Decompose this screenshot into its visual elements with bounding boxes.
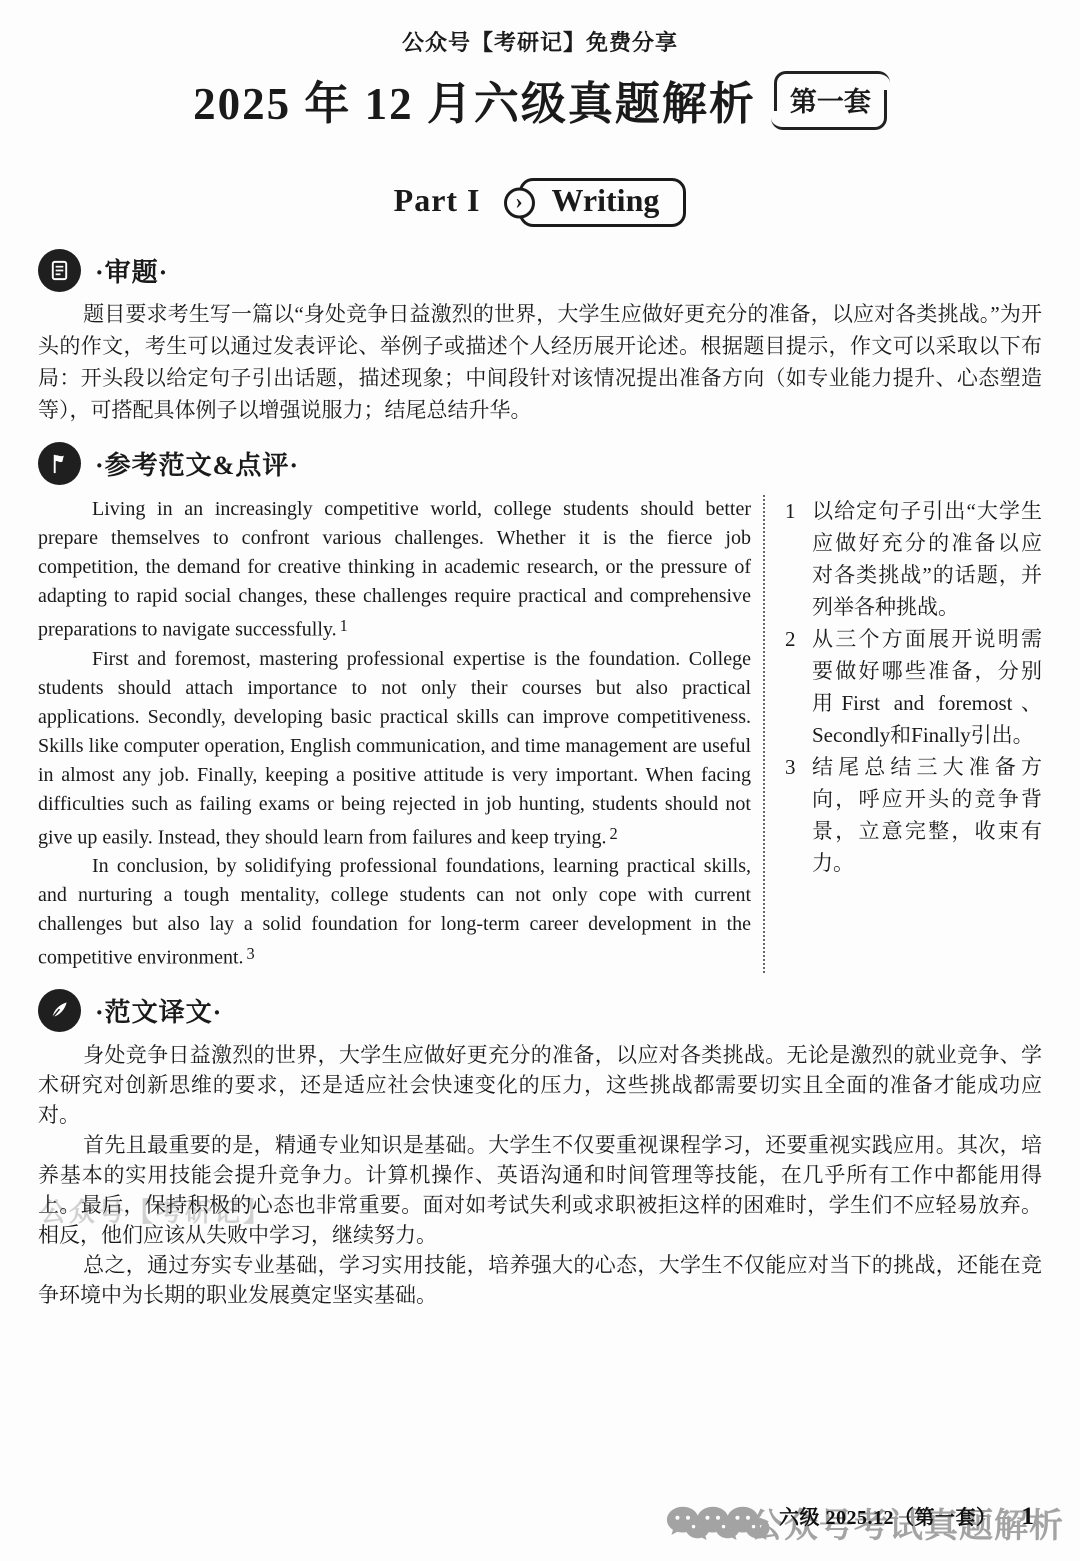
annotation-number: 2 — [785, 623, 812, 751]
footer-reference: 六级 2025.12（第一套） 1 — [779, 1501, 1034, 1531]
review-header: ·审题· — [38, 249, 1042, 292]
translation-header: ·范文译文· — [38, 989, 1042, 1032]
part-name: Writing — [552, 182, 660, 218]
annotation-number: 3 — [785, 751, 812, 879]
essay-paragraph-text: First and foremost, mastering profession… — [38, 648, 751, 849]
annotation-number: 1 — [785, 495, 812, 623]
translation-heading: ·范文译文· — [95, 992, 222, 1029]
essay-paragraph-text: In conclusion, by solidifying profession… — [38, 855, 751, 969]
essay-paragraph-text: Living in an increasingly competitive wo… — [38, 498, 751, 641]
essay-paragraph: In conclusion, by solidifying profession… — [38, 852, 751, 973]
translation-paragraph: 身处竞争日益激烈的世界，大学生应做好更充分的准备，以应对各类挑战。无论是激烈的就… — [38, 1040, 1042, 1130]
quill-icon — [38, 989, 81, 1032]
annotation-column: 1 以给定句子引出“大学生应做好充分的准备以应对各类挑战”的话题，并列举各种挑战… — [765, 495, 1042, 973]
annotation-item: 3 结尾总结三大准备方向，呼应开头的竞争背景，立意完整，收束有力。 — [785, 751, 1042, 879]
arrow-circle-icon: › — [504, 187, 535, 218]
annotation-text: 从三个方面展开说明需要做好哪些准备，分别用First and foremost、… — [812, 623, 1042, 751]
set-tag-box: 第一套 — [774, 71, 887, 130]
writing-box: › Writing — [519, 178, 687, 227]
document-page: 公众号【考研记】免费分享 2025 年 12 月六级真题解析第一套 Part I… — [0, 0, 1080, 1561]
part-label: Part I — [394, 182, 481, 218]
page-title: 2025 年 12 月六级真题解析第一套 — [38, 67, 1042, 132]
section-translation: ·范文译文· 公众号【考研记】 身处竞争日益激烈的世界，大学生应做好更充分的准备… — [38, 989, 1042, 1310]
section-review: ·审题· 题目要求考生写一篇以“身处竞争日益激烈的世界，大学生应做好更充分的准备… — [38, 249, 1042, 426]
translation-body: 公众号【考研记】 身处竞争日益激烈的世界，大学生应做好更充分的准备，以应对各类挑… — [38, 1040, 1042, 1310]
review-body: 题目要求考生写一篇以“身处竞争日益激烈的世界，大学生应做好更充分的准备，以应对各… — [38, 298, 1042, 426]
doc-ref: 六级 2025.12（第一套） — [779, 1507, 997, 1529]
annotation-text: 结尾总结三大准备方向，呼应开头的竞争背景，立意完整，收束有力。 — [812, 751, 1042, 879]
header-note: 公众号【考研记】免费分享 — [38, 26, 1042, 57]
part-header: Part I › Writing — [38, 178, 1042, 227]
essay-text-column: Living in an increasingly competitive wo… — [38, 495, 765, 973]
essay-heading: ·参考范文&点评· — [95, 445, 299, 482]
essay-paragraph: First and foremost, mastering profession… — [38, 645, 751, 853]
notes-icon — [38, 249, 81, 292]
title-text: 2025 年 12 月六级真题解析 — [193, 79, 756, 129]
essay-header: ·参考范文&点评· — [38, 442, 1042, 485]
review-heading: ·审题· — [95, 252, 168, 289]
translation-paragraph: 首先且最重要的是，精通专业知识是基础。大学生不仅要重视课程学习，还要重视实践应用… — [38, 1130, 1042, 1250]
translation-paragraph: 总之，通过夯实专业基础，学习实用技能，培养强大的心态，大学生不仅能应对当下的挑战… — [38, 1250, 1042, 1310]
section-sample-essay: ·参考范文&点评· Living in an increasingly comp… — [38, 442, 1042, 973]
set-tag-label: 第一套 — [790, 87, 871, 117]
annotation-item: 1 以给定句子引出“大学生应做好充分的准备以应对各类挑战”的话题，并列举各种挑战… — [785, 495, 1042, 623]
comment-ref: 1 — [337, 616, 348, 635]
essay-layout: Living in an increasingly competitive wo… — [38, 495, 1042, 973]
comment-ref: 3 — [244, 944, 255, 963]
page-footer: 公众号考试真题解析 六级 2025.12（第一套） 1 — [634, 1487, 1064, 1553]
page-number: 1 — [1022, 1503, 1035, 1530]
annotation-item: 2 从三个方面展开说明需要做好哪些准备，分别用First and foremos… — [785, 623, 1042, 751]
flag-icon — [38, 442, 81, 485]
annotation-text: 以给定句子引出“大学生应做好充分的准备以应对各类挑战”的话题，并列举各种挑战。 — [812, 495, 1042, 623]
comment-ref: 2 — [607, 824, 618, 843]
wechat-icons — [665, 1504, 755, 1542]
essay-paragraph: Living in an increasingly competitive wo… — [38, 495, 751, 645]
